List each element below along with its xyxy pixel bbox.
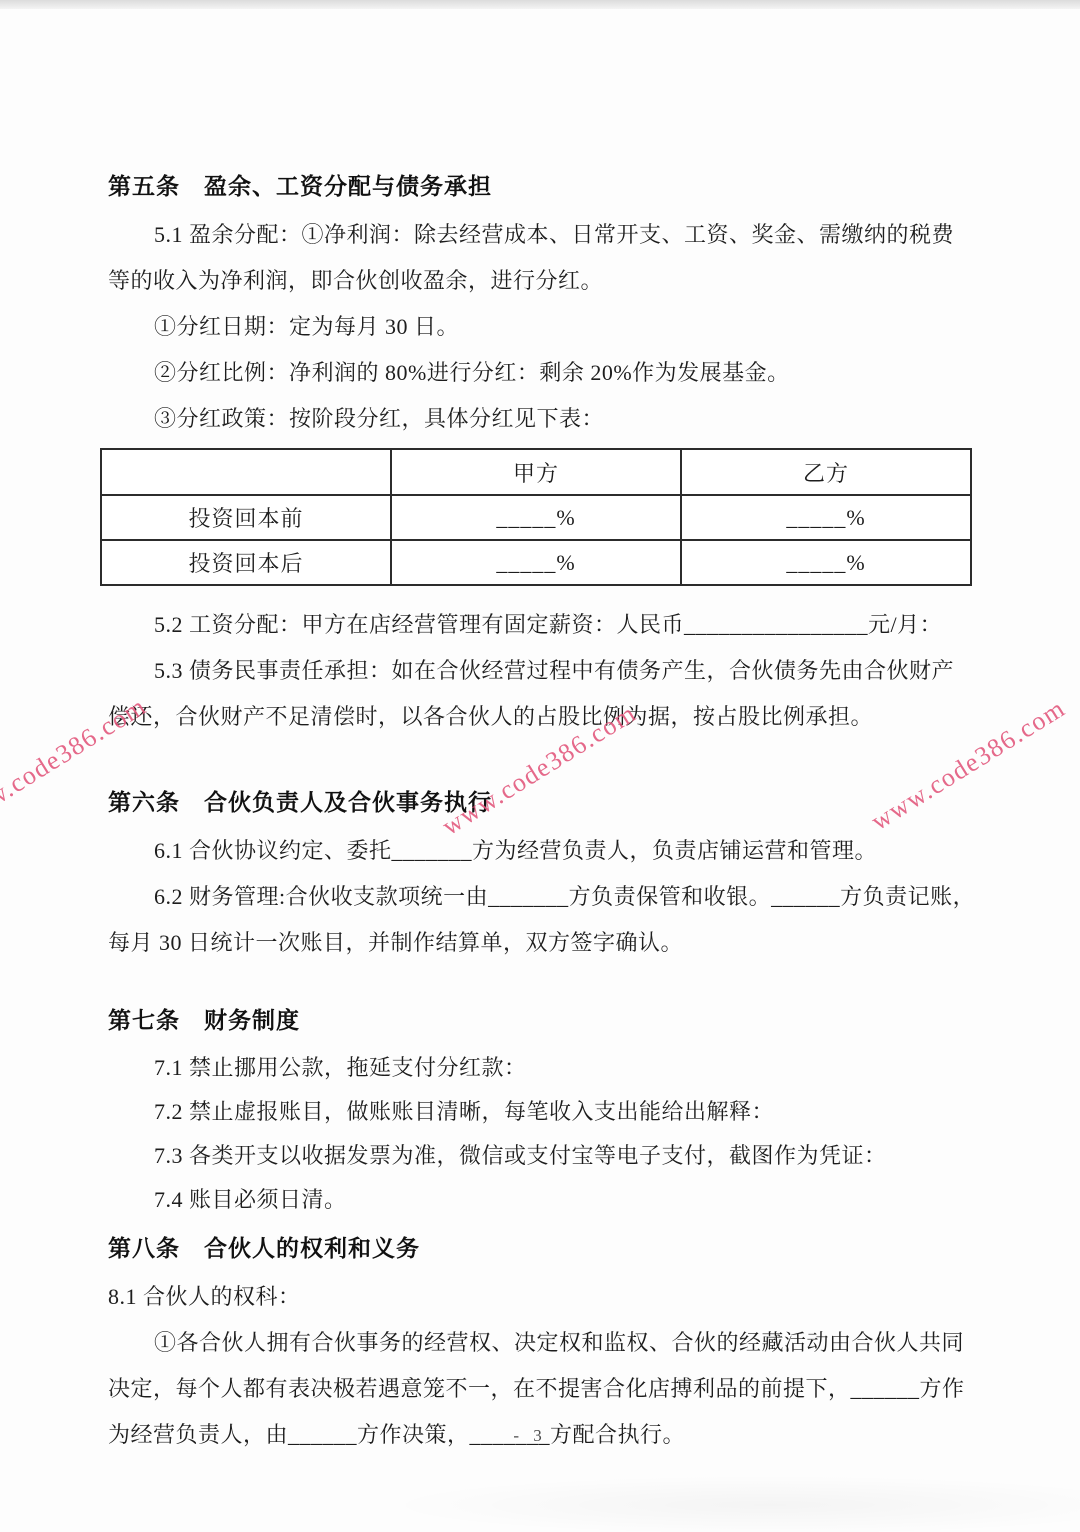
doc-line: 5.3 债务民事责任承担：如在合伙经营过程中有债务产生，合伙债务先由合伙财产 <box>108 648 976 694</box>
scan-top-edge <box>0 0 1080 9</box>
article7-heading: 第七条 财务制度 <box>108 994 976 1046</box>
doc-line: ②分红比例：净利润的 80%进行分红：剩余 20%作为发展基金。 <box>108 350 976 396</box>
doc-line: 每月 30 日统计一次账目，并制作结算单，双方签字确认。 <box>108 920 976 966</box>
doc-line: 7.2 禁止虚报账目，做账账目清晰，每笔收入支出能给出解释： <box>108 1090 976 1134</box>
doc-line: 6.2 财务管理:合伙收支款项统一由_______方负责保管和收银。______… <box>108 874 976 920</box>
doc-line: 等的收入为净利润，即合伙创收盈余，进行分红。 <box>108 258 976 304</box>
doc-line: 7.4 账目必须日清。 <box>108 1178 976 1222</box>
document-page: 第五条 盈余、工资分配与债务承担 5.1 盈余分配：①净利润：除去经营成本、日常… <box>0 0 1080 1532</box>
page-number: - 3 - <box>0 1426 1080 1446</box>
row-label-before-payback: 投资回本前 <box>101 495 391 540</box>
scan-shadow <box>380 1475 1080 1532</box>
table-cell-blank-percent: _____% <box>391 495 681 540</box>
table-cell-blank-percent: _____% <box>391 540 681 585</box>
doc-line: 偿还，合伙财产不足清偿时，以各合伙人的占股比例为据，按占股比例承担。 <box>108 694 976 740</box>
dividend-table: 甲方 乙方 投资回本前 _____% _____% 投资回本后 _____% _… <box>100 448 972 586</box>
article6-heading: 第六条 合伙负责人及合伙事务执行 <box>108 776 976 828</box>
contract-body: 第五条 盈余、工资分配与债务承担 5.1 盈余分配：①净利润：除去经营成本、日常… <box>108 160 976 1458</box>
row-label-after-payback: 投资回本后 <box>101 540 391 585</box>
table-header-jiafang: 甲方 <box>391 449 681 495</box>
doc-line: 7.1 禁止挪用公款，拖延支付分红款： <box>108 1046 976 1090</box>
article5-heading: 第五条 盈余、工资分配与债务承担 <box>108 160 976 212</box>
doc-line: 5.1 盈余分配：①净利润：除去经营成本、日常开支、工资、奖金、需缴纳的税费 <box>108 212 976 258</box>
table-row: 投资回本后 _____% _____% <box>101 540 971 585</box>
doc-line: ①分红日期：定为每月 30 日。 <box>108 304 976 350</box>
table-header-yifang: 乙方 <box>681 449 971 495</box>
table-cell-blank-percent: _____% <box>681 540 971 585</box>
doc-line: ③分红政策：按阶段分红，具体分红见下表： <box>108 396 976 442</box>
table-row: 投资回本前 _____% _____% <box>101 495 971 540</box>
doc-line: 8.1 合伙人的权科： <box>108 1274 976 1320</box>
doc-line: ①各合伙人拥有合伙事务的经营权、决定权和监权、合伙的经藏活动由合伙人共同 <box>108 1320 976 1366</box>
doc-line: 6.1 合伙协议约定、委托_______方为经营负责人，负责店铺运营和管理。 <box>108 828 976 874</box>
doc-line: 5.2 工资分配：甲方在店经营管理有固定薪资：人民币______________… <box>108 602 976 648</box>
article8-heading: 第八条 合伙人的权利和义务 <box>108 1222 976 1274</box>
table-header-row: 甲方 乙方 <box>101 449 971 495</box>
table-header-empty <box>101 449 391 495</box>
table-cell-blank-percent: _____% <box>681 495 971 540</box>
doc-line: 决定，每个人都有表决极若遇意笼不一，在不提害合化店搏利品的前提下，______方… <box>108 1366 976 1412</box>
doc-line: 7.3 各类开支以收据发票为准，微信或支付宝等电子支付，截图作为凭证： <box>108 1134 976 1178</box>
